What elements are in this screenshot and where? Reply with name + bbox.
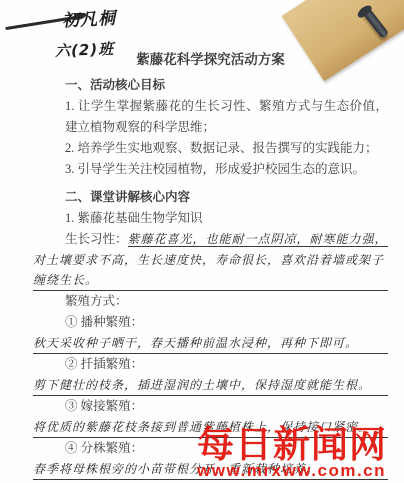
- handwritten-method-2-answer: 剪下健壮的枝条，插进湿润的土壤中，保持湿度就能生根。: [33, 375, 388, 396]
- section2-subheading: 1. 紫藤花基础生物学知识: [33, 208, 388, 229]
- page-title: 紫藤花科学探究活动方案: [33, 50, 388, 70]
- watermark-site-name: 每日新闻网: [197, 428, 387, 462]
- section-gap: [33, 180, 388, 187]
- site-watermark: 每日新闻网 www.mrxww.com.cn: [197, 428, 387, 480]
- watermark-site-url: www.mrxww.com.cn: [197, 462, 387, 480]
- section1-heading: 一、活动核心目标: [33, 75, 388, 96]
- method-2-heading: ② 扦插繁殖：: [33, 354, 388, 375]
- objective-item: 3. 引导学生关注校园植物，形成爱护校园生态的意识。: [33, 159, 388, 180]
- objective-item: 2. 培养学生实地观察、数据记录、报告撰写的实践能力；: [33, 138, 388, 159]
- handwritten-growth-answer-1: 紫藤花喜光，也能耐一点阴凉，耐寒能力强，: [128, 232, 388, 247]
- scanned-worksheet-page: 初凡桐 六(2)班 紫藤花科学探究活动方案 一、活动核心目标 1. 让学生掌握紫…: [0, 0, 404, 483]
- objective-item: 1. 让学生掌握紫藤花的生长习性、繁殖方式与生态价值，建立植物观察的科学思维；: [33, 96, 388, 138]
- growth-habit-label: 生长习性：: [65, 232, 128, 246]
- propagation-label: 繁殖方式：: [33, 291, 388, 312]
- section2-heading: 二、课堂讲解核心内容: [33, 187, 388, 208]
- method-3-heading: ③ 嫁接繁殖：: [33, 396, 388, 417]
- document-body: 紫藤花科学探究活动方案 一、活动核心目标 1. 让学生掌握紫藤花的生长习性、繁殖…: [33, 50, 388, 480]
- method-1-heading: ① 播种繁殖：: [33, 312, 388, 333]
- handwritten-method-1-answer: 秋天采收种子晒干，春天播种前温水浸种，再种下即可。: [33, 333, 388, 354]
- handwritten-student-name: 初凡桐: [61, 4, 116, 32]
- growth-habit-row: 生长习性：紫藤花喜光，也能耐一点阴凉，耐寒能力强，: [33, 229, 388, 250]
- handwritten-growth-answer-2: 对土壤要求不高，生长速度快，寿命很长，喜欢沿着墙或架子缠绕生长。: [33, 250, 388, 291]
